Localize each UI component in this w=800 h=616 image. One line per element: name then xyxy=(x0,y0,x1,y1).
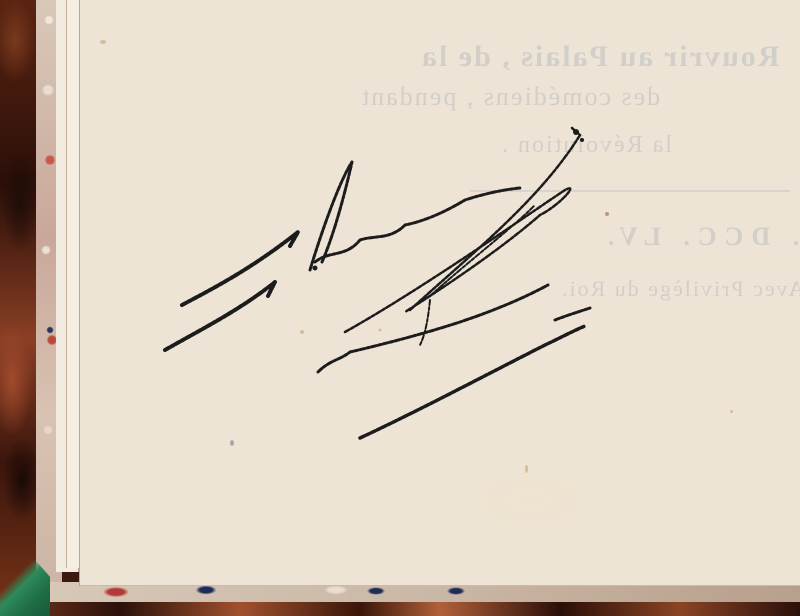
signature-paraph-inner xyxy=(430,205,535,296)
signature-underline xyxy=(360,326,585,438)
signature-descender xyxy=(420,300,430,345)
ink-dot xyxy=(313,266,318,271)
signature-left-stroke-upper xyxy=(182,232,298,305)
signature-paraph-loop xyxy=(345,188,570,332)
signature-left-stroke-lower xyxy=(165,282,275,350)
signature-second-line-tail xyxy=(555,308,590,320)
ink-signature xyxy=(0,0,800,616)
signature-main-name xyxy=(315,188,520,262)
signature-paraph-upper xyxy=(410,128,580,310)
ink-dot xyxy=(573,129,579,135)
ink-dot xyxy=(580,138,584,142)
